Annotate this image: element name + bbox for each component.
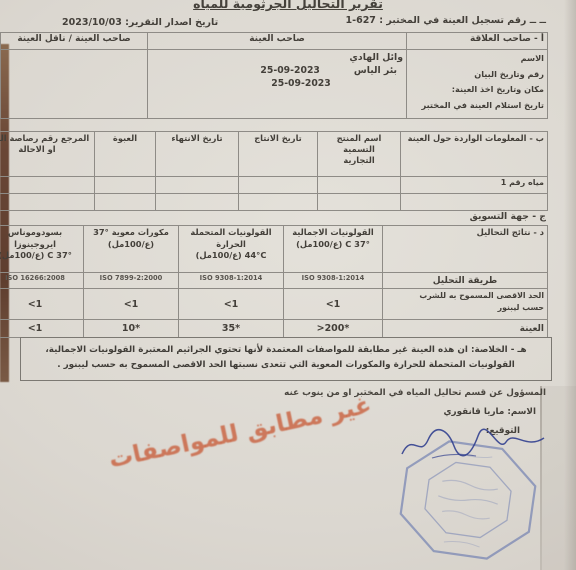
empty-cell bbox=[318, 194, 401, 211]
empty-cell bbox=[401, 194, 548, 211]
limit-value: <1 bbox=[284, 289, 383, 320]
party-table-header-row: أ - صاحب العلاقة صاحب العينة صاحب العينة… bbox=[1, 33, 548, 50]
empty-cell bbox=[95, 194, 156, 211]
sample-row-label: مياه رقم 1 bbox=[401, 177, 548, 194]
limit-value: <1 bbox=[84, 289, 179, 320]
label-statement-number-date: رقم وتاريخ البيان bbox=[410, 67, 544, 83]
col-seal-reference: المرجع رقم رصاصة الختم او الاحالة bbox=[0, 132, 95, 177]
receive-date: 25-09-2023 bbox=[151, 78, 403, 89]
party-row-labels: الاسم رقم وتاريخ البيان مكان وتاريخ اخذ … bbox=[407, 50, 548, 119]
empty-cell bbox=[239, 194, 318, 211]
sample-info-row-2 bbox=[0, 194, 548, 211]
section-d-header: د - نتائج التحاليل bbox=[383, 226, 548, 273]
empty-cell bbox=[0, 177, 95, 194]
method-row: طريقة التحليل ISO 9308-1:2014 ISO 9308-1… bbox=[0, 273, 548, 289]
empty-cell bbox=[156, 194, 239, 211]
limit-value: <1 bbox=[179, 289, 284, 320]
empty-cell bbox=[95, 177, 156, 194]
results-header-row: د - نتائج التحاليل القولونيات الاجمالية … bbox=[0, 226, 548, 273]
col-expiry-date: تاريخ الانتهاء bbox=[156, 132, 239, 177]
sample-value-pseudomonas: <1 bbox=[0, 320, 84, 338]
sample-registration-number: ــ ــ رقم تسجيل العينة في المختبر : 627-… bbox=[346, 15, 547, 26]
sample-info-row-1: مياه رقم 1 bbox=[0, 177, 548, 194]
sample-value-thermotolerant: 35* bbox=[179, 320, 284, 338]
sample-value-total-coliforms: >200* bbox=[284, 320, 383, 338]
analyst-name: الاسم: ماريا قانقوري bbox=[443, 407, 536, 417]
method-row-label: طريقة التحليل bbox=[383, 273, 548, 289]
owner-name: وائل الهادي bbox=[151, 52, 403, 63]
page-title: تقرير التحاليل الجرثومية للمياه bbox=[0, 0, 576, 11]
limit-row-label: الحد الاقصى المسموح به للشرب حسب ليبنور bbox=[383, 289, 548, 320]
label-sampling-place-date: مكان وتاريخ اخذ العينة: bbox=[410, 82, 544, 98]
report-content: تقرير التحاليل الجرثومية للمياه ــ ــ رق… bbox=[0, 0, 576, 570]
party-table: أ - صاحب العلاقة صاحب العينة صاحب العينة… bbox=[0, 32, 548, 119]
label-name: الاسم bbox=[410, 51, 544, 67]
results-table: د - نتائج التحاليل القولونيات الاجمالية … bbox=[0, 225, 548, 338]
section-a-header: أ - صاحب العلاقة bbox=[407, 33, 548, 50]
conclusion-box: هـ - الخلاصة: ان هذه العينة غير مطابقة ل… bbox=[20, 337, 552, 381]
sampling-place: بئر الياس bbox=[354, 65, 397, 76]
sample-info-table: ب - المعلومات الواردة حول العينة اسم الم… bbox=[0, 131, 548, 211]
method-value: ISO 9308-1:2014 bbox=[284, 273, 383, 289]
section-b-header: ب - المعلومات الواردة حول العينة bbox=[401, 132, 548, 177]
method-value: ISO 7899-2:2000 bbox=[84, 273, 179, 289]
empty-cell bbox=[0, 194, 95, 211]
limit-row: الحد الاقصى المسموح به للشرب حسب ليبنور … bbox=[0, 289, 548, 320]
document-photo: تقرير التحاليل الجرثومية للمياه ــ ــ رق… bbox=[0, 0, 576, 570]
col-total-coliforms: القولونيات الاجمالية 37° C (ع/100مل) bbox=[284, 226, 383, 273]
party-carrier-cell bbox=[1, 50, 148, 119]
responsible-person-line: المسؤول عن قسم تحاليل المياه في المختبر … bbox=[284, 388, 546, 398]
empty-cell bbox=[318, 177, 401, 194]
col-enterococci: مكورات معوية °37 (ع/100مل) bbox=[84, 226, 179, 273]
col-package: العبوة bbox=[95, 132, 156, 177]
col-pseudomonas: بسودوموناس ايروجينوزا 37° C (ع/100مل) bbox=[0, 226, 84, 273]
sample-result-row: العينة >200* 35* 10* <1 bbox=[0, 320, 548, 338]
empty-cell bbox=[239, 177, 318, 194]
handwritten-signature bbox=[398, 424, 548, 466]
method-value: ISO 16266:2008 bbox=[0, 273, 84, 289]
party-table-body-row: الاسم رقم وتاريخ البيان مكان وتاريخ اخذ … bbox=[1, 50, 548, 119]
empty-cell bbox=[156, 177, 239, 194]
sample-value-enterococci: 10* bbox=[84, 320, 179, 338]
label-lab-receive-date: تاريخ استلام العينة في المختبر bbox=[410, 98, 544, 114]
col-product-name: اسم المنتج التسمية التجارية bbox=[318, 132, 401, 177]
sampling-place-date-line: بئر الياس 25-09-2023 bbox=[151, 65, 403, 76]
party-owner-cell: وائل الهادي بئر الياس 25-09-2023 25-09-2… bbox=[148, 50, 407, 119]
col-sample-owner: صاحب العينة bbox=[148, 33, 407, 50]
col-production-date: تاريخ الانتاج bbox=[239, 132, 318, 177]
nonconforming-watermark-stamp: غير مطابق للمواصفات bbox=[85, 386, 394, 478]
sample-info-header-row: ب - المعلومات الواردة حول العينة اسم الم… bbox=[0, 132, 548, 177]
col-owner-carrier: صاحب العينة / ناقل العينة bbox=[1, 33, 148, 50]
col-thermotolerant-coliforms: القولونيات المتحملة الحرارة 44°C (ع/100م… bbox=[179, 226, 284, 273]
limit-value: <1 bbox=[0, 289, 84, 320]
section-c-marketing: ج - جهة التسويق bbox=[470, 211, 546, 222]
report-issue-date: تاريخ اصدار التقرير: 2023/10/03 bbox=[62, 17, 218, 28]
method-value: ISO 9308-1:2014 bbox=[179, 273, 284, 289]
sampling-date: 25-09-2023 bbox=[260, 65, 319, 76]
sample-result-label: العينة bbox=[383, 320, 548, 338]
